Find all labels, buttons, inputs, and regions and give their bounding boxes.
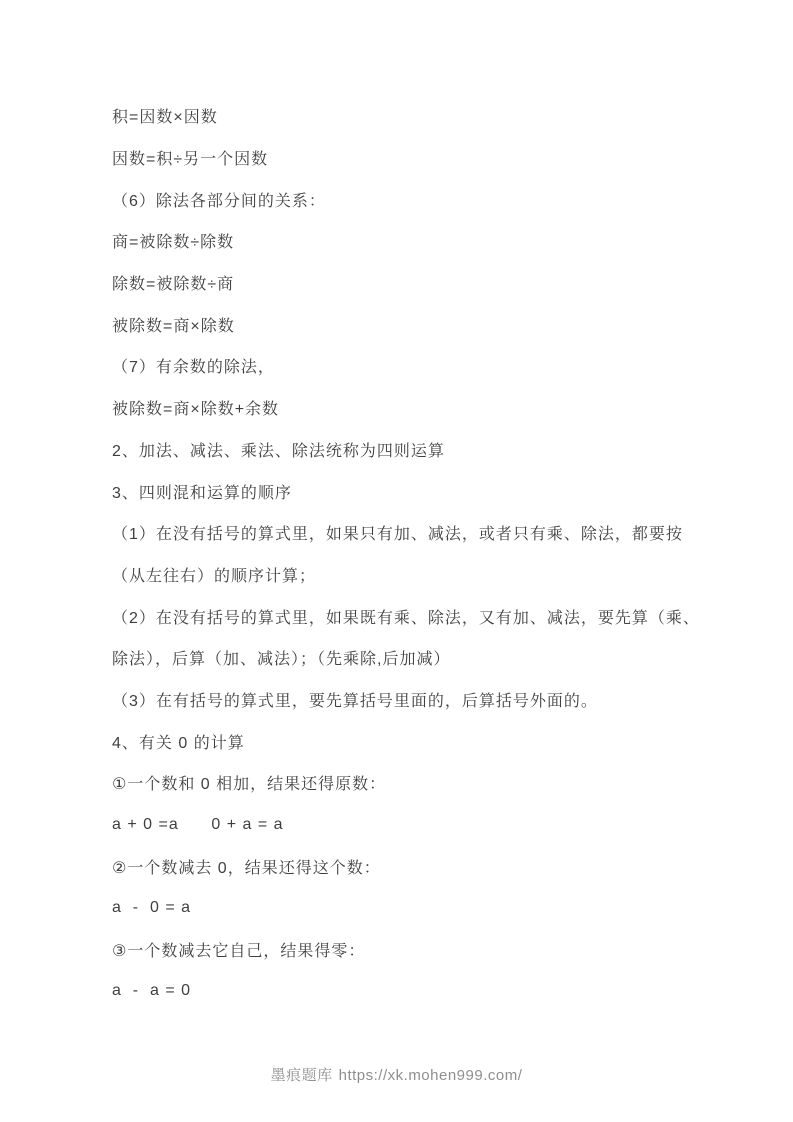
formula-line: a - a = 0 [112, 970, 722, 1012]
section-heading-line: 4、有关 0 的计算 [112, 720, 722, 762]
section-heading-line: 3、四则混和运算的顺序 [112, 470, 722, 512]
page-footer: 墨痕题库https://xk.mohen999.com/ [0, 1064, 793, 1085]
document-body: 积=因数×因数 因数=积÷另一个因数 （6）除法各部分间的关系： 商=被除数÷除… [112, 95, 722, 1012]
list-item-line: （3）在有括号的算式里，要先算括号里面的，后算括号外面的。 [112, 679, 722, 721]
list-item-line: （7）有余数的除法， [112, 345, 722, 387]
footer-url[interactable]: https://xk.mohen999.com/ [339, 1067, 523, 1084]
footer-site-name: 墨痕题库 [271, 1067, 333, 1084]
formula-line: a + 0 =a 0 + a = a [112, 804, 722, 846]
list-item-line: （6）除法各部分间的关系： [112, 178, 722, 220]
list-item-continuation-line: （从左往右）的顺序计算； [112, 554, 722, 596]
formula-line: 商=被除数÷除数 [112, 220, 722, 262]
formula-line: a - 0 = a [112, 887, 722, 929]
list-item-continuation-line: 除法），后算（加、减法）；（先乘除,后加减） [112, 637, 722, 679]
list-item-line: ①一个数和 0 相加，结果还得原数： [112, 762, 722, 804]
list-item-line: （1）在没有括号的算式里，如果只有加、减法，或者只有乘、除法，都要按 [112, 512, 722, 554]
formula-line: 被除数=商×除数 [112, 303, 722, 345]
list-item-line: ②一个数减去 0，结果还得这个数： [112, 845, 722, 887]
list-item-line: （2）在没有括号的算式里，如果既有乘、除法，又有加、减法，要先算（乘、 [112, 595, 722, 637]
formula-line: 被除数=商×除数+余数 [112, 387, 722, 429]
section-heading-line: 2、加法、减法、乘法、除法统称为四则运算 [112, 429, 722, 471]
formula-line: 因数=积÷另一个因数 [112, 137, 722, 179]
formula-line: 积=因数×因数 [112, 95, 722, 137]
formula-line: 除数=被除数÷商 [112, 262, 722, 304]
list-item-line: ③一个数减去它自己，结果得零： [112, 929, 722, 971]
